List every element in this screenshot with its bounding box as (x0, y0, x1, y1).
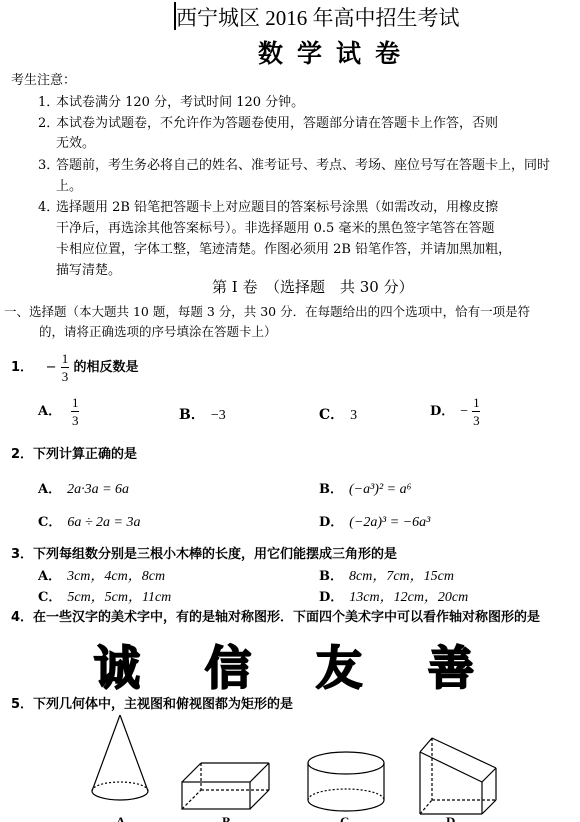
option-label: C． (38, 515, 61, 530)
option-text: (−a³)² = a⁶ (349, 482, 411, 497)
section-description: 一、选择题（本大题共 10 题，每题 3 分，共 30 分．在每题给出的四个选项… (4, 302, 530, 320)
art-char-D[interactable]: 善 (428, 632, 474, 698)
figure-label-D: D (446, 814, 455, 822)
notice-text: 答题前，考生务必将自己的姓名、准考证号、考点、考场、座位号写在答题卡上，同时 (56, 158, 550, 173)
question-stem: 在一些汉字的美术字中，有的是轴对称图形．下面四个美术字中可以看作轴对称图形的是 (33, 610, 540, 625)
question-number: 1． (11, 360, 33, 375)
option-2D[interactable]: D．(−2a)³ = −6a³ (319, 511, 430, 531)
option-3A[interactable]: A．3cm，4cm，8cm (38, 565, 165, 585)
question-number: 2． (11, 447, 33, 462)
option-text: 2a·3a = 6a (67, 482, 129, 497)
option-label: D． (430, 404, 454, 419)
figure-label-B: B (222, 814, 231, 822)
option-label: B． (319, 569, 343, 584)
numerator: 1 (62, 352, 69, 365)
option-1C[interactable]: C．3 (319, 404, 357, 424)
notice-heading: 考生注意： (11, 69, 76, 88)
notice-text-cont: 干净后，再选涂其他答案标号）。非选择题用 0.5 毫米的黑色签字笔答在答题 (56, 217, 494, 236)
question-number: 4． (11, 610, 33, 625)
notice-num: 2． (38, 112, 56, 131)
question-stem: 的相反数是 (74, 360, 139, 375)
notice-num: 3． (38, 154, 56, 173)
section-title: 第 I 卷 （选择题 共 30 分） (212, 276, 414, 297)
notice-text: 本试卷满分 120 分，考试时间 120 分钟。 (56, 95, 304, 110)
art-char-C[interactable]: 友 (316, 632, 362, 698)
option-label: A． (38, 569, 61, 584)
question-stem: 下列计算正确的是 (33, 447, 137, 462)
question-3: 3．下列每组数分别是三根小木棒的长度，用它们能摆成三角形的是 (11, 543, 397, 562)
option-text: 8cm，7cm，15cm (349, 569, 454, 584)
option-label: B． (319, 482, 343, 497)
option-text: 3 (350, 408, 357, 423)
figure-label-C: C (340, 814, 349, 822)
question-2: 2．下列计算正确的是 (11, 443, 137, 462)
option-3C[interactable]: C．5cm，5cm，11cm (38, 586, 171, 606)
triangular-prism-figure[interactable] (420, 738, 496, 814)
question-stem: 下列每组数分别是三根小木棒的长度，用它们能摆成三角形的是 (33, 547, 397, 562)
cuboid-figure[interactable] (182, 763, 269, 809)
option-text: (−2a)³ = −6a³ (349, 515, 430, 530)
option-label: C． (38, 590, 61, 605)
geometry-figures (0, 710, 580, 822)
option-3B[interactable]: B．8cm，7cm，15cm (319, 565, 454, 585)
option-label: B． (179, 407, 205, 423)
notice-item-1: 1．本试卷满分 120 分，考试时间 120 分钟。 (38, 91, 304, 110)
cone-figure[interactable] (92, 715, 148, 800)
option-2C[interactable]: C．6a ÷ 2a = 3a (38, 511, 141, 531)
minus-sign: − (460, 404, 468, 419)
minus-sign: − (46, 360, 57, 375)
option-1D[interactable]: D．− 13 (430, 396, 480, 427)
notice-item-2: 2．本试卷为试题卷，不允许作为答题卷使用，答题部分请在答题卡上作答，否则 (38, 112, 498, 131)
option-label: A． (38, 404, 61, 419)
fraction: 13 (472, 396, 480, 427)
option-label: D． (319, 515, 343, 530)
notice-num: 4． (38, 196, 56, 215)
notice-text: 本试卷为试题卷，不允许作为答题卷使用，答题部分请在答题卡上作答，否则 (56, 116, 498, 131)
option-label: A． (38, 482, 61, 497)
question-number: 3． (11, 547, 33, 562)
denominator: 3 (72, 414, 79, 427)
notice-text: 选择题用 2B 铅笔把答题卡上对应题目的答案标号涂黑（如需改动，用橡皮擦 (56, 200, 498, 215)
option-label: C． (319, 407, 344, 423)
option-text: −3 (211, 408, 226, 423)
fraction: 13 (61, 352, 69, 383)
art-char-B[interactable]: 信 (205, 632, 251, 698)
figure-label-A: A (116, 814, 125, 822)
notice-text-cont: 上。 (56, 175, 82, 194)
option-text: 5cm，5cm，11cm (67, 590, 171, 605)
section-description-cont: 的，请将正确选项的序号填涂在答题卡上） (39, 322, 277, 340)
option-text: 6a ÷ 2a = 3a (67, 515, 140, 530)
notice-text-cont: 描写清楚。 (56, 259, 121, 278)
cylinder-figure[interactable] (308, 752, 384, 811)
numerator: 1 (72, 396, 79, 409)
option-1A[interactable]: A． 13 (38, 396, 79, 427)
notice-item-4: 4．选择题用 2B 铅笔把答题卡上对应题目的答案标号涂黑（如需改动，用橡皮擦 (38, 196, 498, 215)
option-2A[interactable]: A．2a·3a = 6a (38, 478, 129, 498)
numerator: 1 (473, 396, 480, 409)
denominator: 3 (62, 370, 69, 383)
notice-item-3: 3．答题前，考生务必将自己的姓名、准考证号、考点、考场、座位号写在答题卡上，同时 (38, 154, 550, 173)
exam-title: 西宁城区 2016 年高中招生考试 (176, 2, 460, 32)
notice-text-cont: 无效。 (56, 132, 95, 151)
notice-num: 1． (38, 91, 56, 110)
exam-subject: 数学试卷 (258, 34, 414, 70)
option-text: 3cm，4cm，8cm (67, 569, 165, 584)
option-label: D． (319, 590, 343, 605)
question-4: 4．在一些汉字的美术字中，有的是轴对称图形．下面四个美术字中可以看作轴对称图形的… (11, 606, 540, 625)
option-3D[interactable]: D．13cm，12cm，20cm (319, 586, 468, 606)
notice-text-cont: 卡相应位置，字体工整，笔迹清楚。作图必须用 2B 铅笔作答，并请加黑加粗， (56, 238, 511, 257)
option-1B[interactable]: B．−3 (179, 404, 226, 424)
art-char-A[interactable]: 诚 (94, 632, 140, 698)
option-text: 13cm，12cm，20cm (349, 590, 468, 605)
option-2B[interactable]: B．(−a³)² = a⁶ (319, 478, 411, 498)
fraction: 13 (71, 396, 79, 427)
question-1: 1． − 13 的相反数是 (11, 352, 139, 383)
denominator: 3 (473, 414, 480, 427)
